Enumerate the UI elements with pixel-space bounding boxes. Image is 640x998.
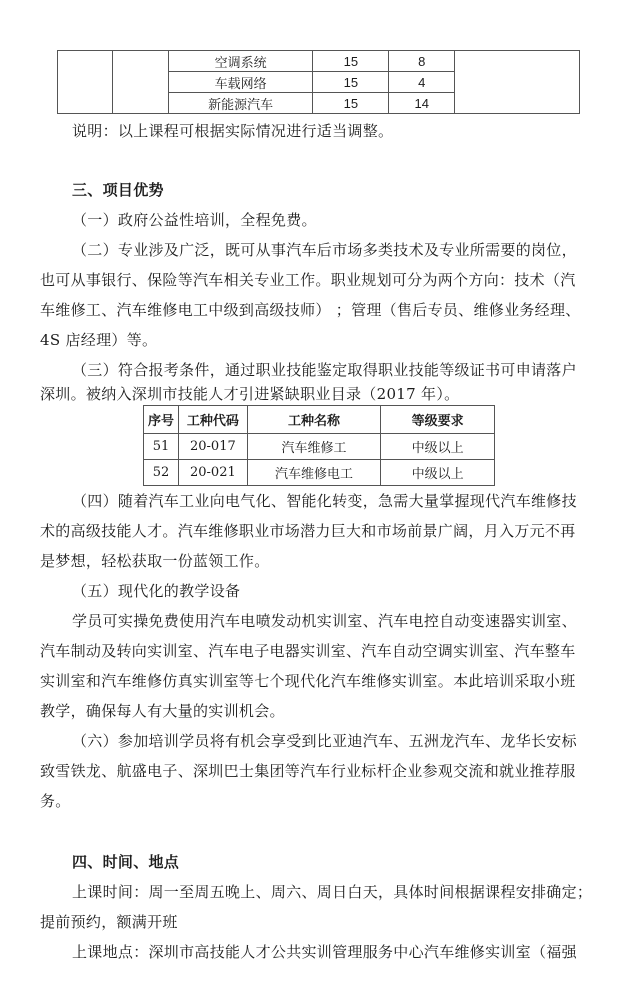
cell: 20-021: [178, 460, 247, 486]
paragraph-line: （六）参加培训学员将有机会享受到比亚迪汽车、五洲龙汽车、龙华长安标: [72, 731, 577, 751]
paragraph-line: （四）随着汽车工业向电气化、智能化转变，急需大量掌握现代汽车维修技: [72, 491, 577, 511]
table-header-row: 序号 工种代码 工种名称 等级要求: [144, 406, 495, 434]
paragraph-line: （三）符合报考条件，通过职业技能鉴定取得职业技能等级证书可申请落户: [72, 360, 577, 380]
table-row: 空调系统 15 8: [58, 51, 580, 72]
cell: 20-017: [178, 434, 247, 460]
paragraph-line: （二）专业涉及广泛，既可从事汽车后市场多类技术及专业所需要的岗位，: [72, 240, 577, 260]
cell: 汽车维修电工: [247, 460, 381, 486]
hours-cell: 15: [313, 51, 389, 72]
paragraph-line: 4S 店经理）等。: [40, 330, 157, 350]
paragraph-line: 上课时间：周一至周五晚上、周六、周日白天，具体时间根据课程安排确定；: [72, 882, 592, 902]
table-row: 52 20-021 汽车维修电工 中级以上: [144, 460, 495, 486]
course-name: 新能源汽车: [168, 93, 313, 114]
cell: 51: [144, 434, 179, 460]
remark-cell: [455, 51, 580, 114]
occupation-table: 序号 工种代码 工种名称 等级要求 51 20-017 汽车维修工 中级以上 5…: [143, 405, 495, 486]
paragraph-line: 提前预约，额满开班: [40, 912, 178, 932]
hours-cell: 15: [313, 93, 389, 114]
table-row: 51 20-017 汽车维修工 中级以上: [144, 434, 495, 460]
category-cell: [58, 51, 113, 114]
section-heading: 四、时间、地点: [72, 852, 179, 872]
cell: 汽车维修工: [247, 434, 381, 460]
paragraph-line: 汽车制动及转向实训室、汽车电子电器实训室、汽车自动空调实训室、汽车整车: [40, 641, 576, 661]
table-note: 说明：以上课程可根据实际情况进行适当调整。: [72, 121, 393, 141]
column-header: 工种名称: [247, 406, 381, 434]
paragraph-line: 是梦想，轻松获取一份蓝领工作。: [40, 551, 270, 571]
cell: 中级以上: [381, 460, 495, 486]
paragraph-line: 深圳。被纳入深圳市技能人才引进紧缺职业目录（2017 年）。: [40, 384, 459, 404]
paragraph-line: 学员可实操免费使用汽车电喷发动机实训室、汽车电控自动变速器实训室、: [72, 611, 577, 631]
sessions-cell: 4: [389, 72, 455, 93]
course-name: 车载网络: [168, 72, 313, 93]
paragraph: （五）现代化的教学设备: [72, 581, 240, 601]
paragraph: （一）政府公益性培训，全程免费。: [72, 210, 317, 230]
column-header: 序号: [144, 406, 179, 434]
paragraph-line: 务。: [40, 791, 71, 811]
paragraph-line: 术的高级技能人才。汽车维修职业市场潜力巨大和市场前景广阔，月入万元不再: [40, 521, 576, 541]
section-heading: 三、项目优势: [72, 180, 164, 200]
paragraph-line: 也可从事银行、保险等汽车相关专业工作。职业规划可分为两个方向：技术（汽: [40, 270, 576, 290]
course-table: 空调系统 15 8 车载网络 15 4 新能源汽车 15 14: [57, 50, 580, 114]
paragraph-line: 车维修工、汽车维修电工中级到高级技师） ；管理（售后专员、维修业务经理、: [40, 300, 581, 320]
course-name: 空调系统: [168, 51, 313, 72]
paragraph-line: 致雪铁龙、航盛电子、深圳巴士集团等汽车行业标杆企业参观交流和就业推荐服: [40, 761, 576, 781]
hours-cell: 15: [313, 72, 389, 93]
sessions-cell: 8: [389, 51, 455, 72]
subcategory-cell: [112, 51, 168, 114]
paragraph-line: 教学，确保每人有大量的实训机会。: [40, 701, 285, 721]
cell: 52: [144, 460, 179, 486]
paragraph-line: 上课地点：深圳市高技能人才公共实训管理服务中心汽车维修实训室（福强: [72, 942, 577, 962]
paragraph-line: 实训室和汽车维修仿真实训室等七个现代化汽车维修实训室。本此培训采取小班: [40, 671, 576, 691]
column-header: 工种代码: [178, 406, 247, 434]
cell: 中级以上: [381, 434, 495, 460]
sessions-cell: 14: [389, 93, 455, 114]
column-header: 等级要求: [381, 406, 495, 434]
